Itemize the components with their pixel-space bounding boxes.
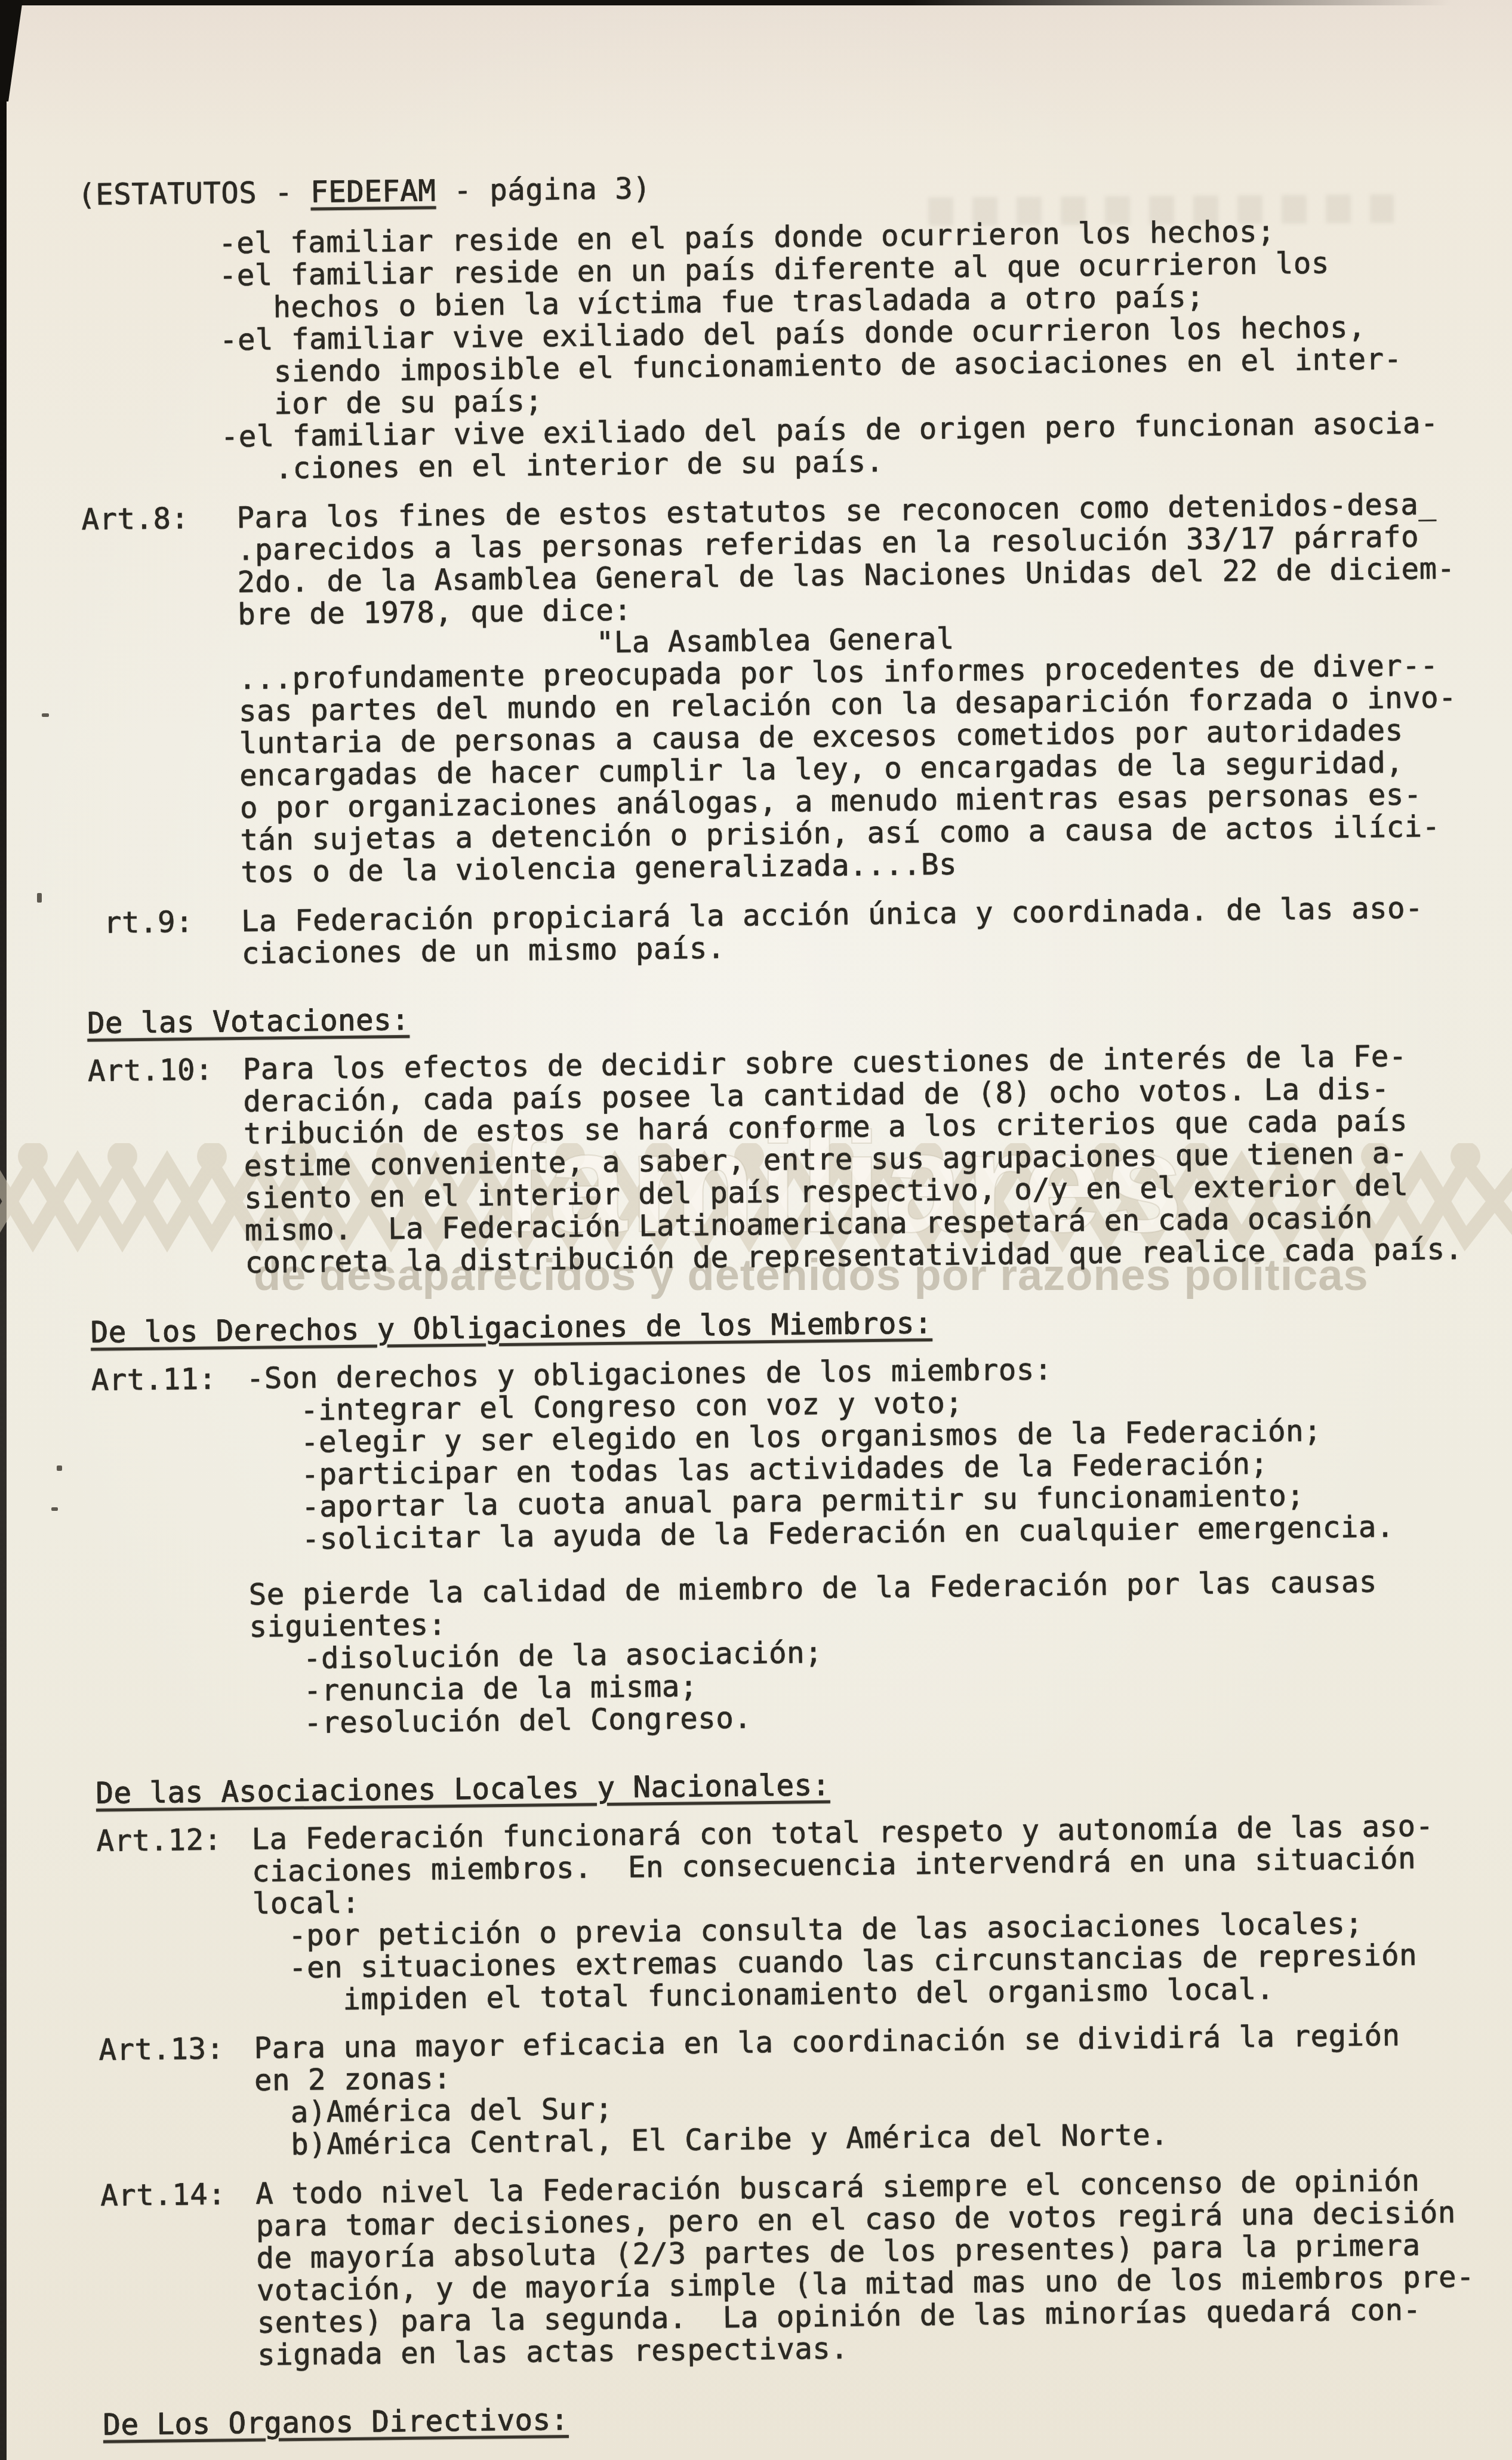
article-9-label: rt.9: bbox=[86, 906, 242, 972]
section-heading-derechos-obligaciones: De los Derechos y Obligaciones de los Mi… bbox=[91, 1301, 1499, 1349]
article-12-label: Art.12: bbox=[96, 1824, 254, 2019]
article-13-text: Para una mayor eficacia en la coordinaci… bbox=[254, 2019, 1401, 2162]
scan-speck bbox=[37, 893, 42, 903]
article-11-label: Art.11: bbox=[91, 1363, 249, 1558]
section-heading-organos-directivos: De Los Organos Directivos: bbox=[103, 2393, 1511, 2441]
article-11: Art.11: -Son derechos y obligaciones de … bbox=[91, 1348, 1502, 1558]
article-11-text: -Son derechos y obligaciones de los miem… bbox=[247, 1350, 1395, 1556]
section-heading-asociaciones: De las Asociaciones Locales y Nacionales… bbox=[96, 1762, 1504, 1810]
family-cases-list: -el familiar reside en el país donde ocu… bbox=[218, 213, 1490, 485]
article-13: Art.13: Para una mayor eficacia en la co… bbox=[98, 2018, 1508, 2163]
article-13-label: Art.13: bbox=[98, 2033, 255, 2163]
header-suffix: - página 3) bbox=[436, 171, 651, 208]
membership-loss-paragraph: Se pierde la calidad de miembro de la Fe… bbox=[249, 1565, 1504, 1740]
scanned-page: familiares de desaparecidos y detenidos … bbox=[0, 0, 1512, 2460]
scan-edge-left bbox=[0, 0, 7, 2460]
article-8-label: Art.8: bbox=[81, 502, 241, 891]
article-10-text: Para los efectos de decidir sobre cuesti… bbox=[243, 1040, 1463, 1279]
article-12-text: La Federación funcionará con total respe… bbox=[251, 1810, 1436, 2016]
section-heading-votaciones: De las Votaciones: bbox=[87, 992, 1496, 1040]
article-9: rt.9: La Federación propiciará la acción… bbox=[86, 891, 1495, 972]
article-10: Art.10: Para los efectos de decidir sobr… bbox=[88, 1039, 1499, 1281]
scan-corner-wedge bbox=[0, 0, 23, 101]
document-body: (ESTATUTOS - FEDEFAM - página 3) -el fam… bbox=[78, 163, 1512, 2441]
article-10-label: Art.10: bbox=[88, 1054, 245, 1281]
article-14: Art.14: A todo nivel la Federación busca… bbox=[100, 2164, 1511, 2373]
scan-edge-top bbox=[0, 0, 1512, 5]
scan-speck bbox=[57, 1465, 62, 1471]
scan-speck bbox=[51, 1507, 58, 1511]
article-9-text: La Federación propiciará la acción única… bbox=[241, 892, 1424, 970]
article-12: Art.12: La Federación funcionará con tot… bbox=[96, 1809, 1507, 2019]
article-14-label: Art.14: bbox=[100, 2178, 258, 2373]
scan-speck bbox=[42, 713, 49, 717]
header-brand: FEDEFAM bbox=[310, 174, 436, 209]
article-14-text: A todo nivel la Federación buscará siemp… bbox=[255, 2165, 1476, 2372]
article-8: Art.8: Para los fines de estos estatutos… bbox=[81, 488, 1494, 891]
document-header: (ESTATUTOS - FEDEFAM - página 3) bbox=[78, 163, 1486, 211]
header-prefix: (ESTATUTOS - bbox=[78, 176, 311, 212]
article-8-text: Para los fines de estos estatutos se rec… bbox=[236, 488, 1458, 889]
